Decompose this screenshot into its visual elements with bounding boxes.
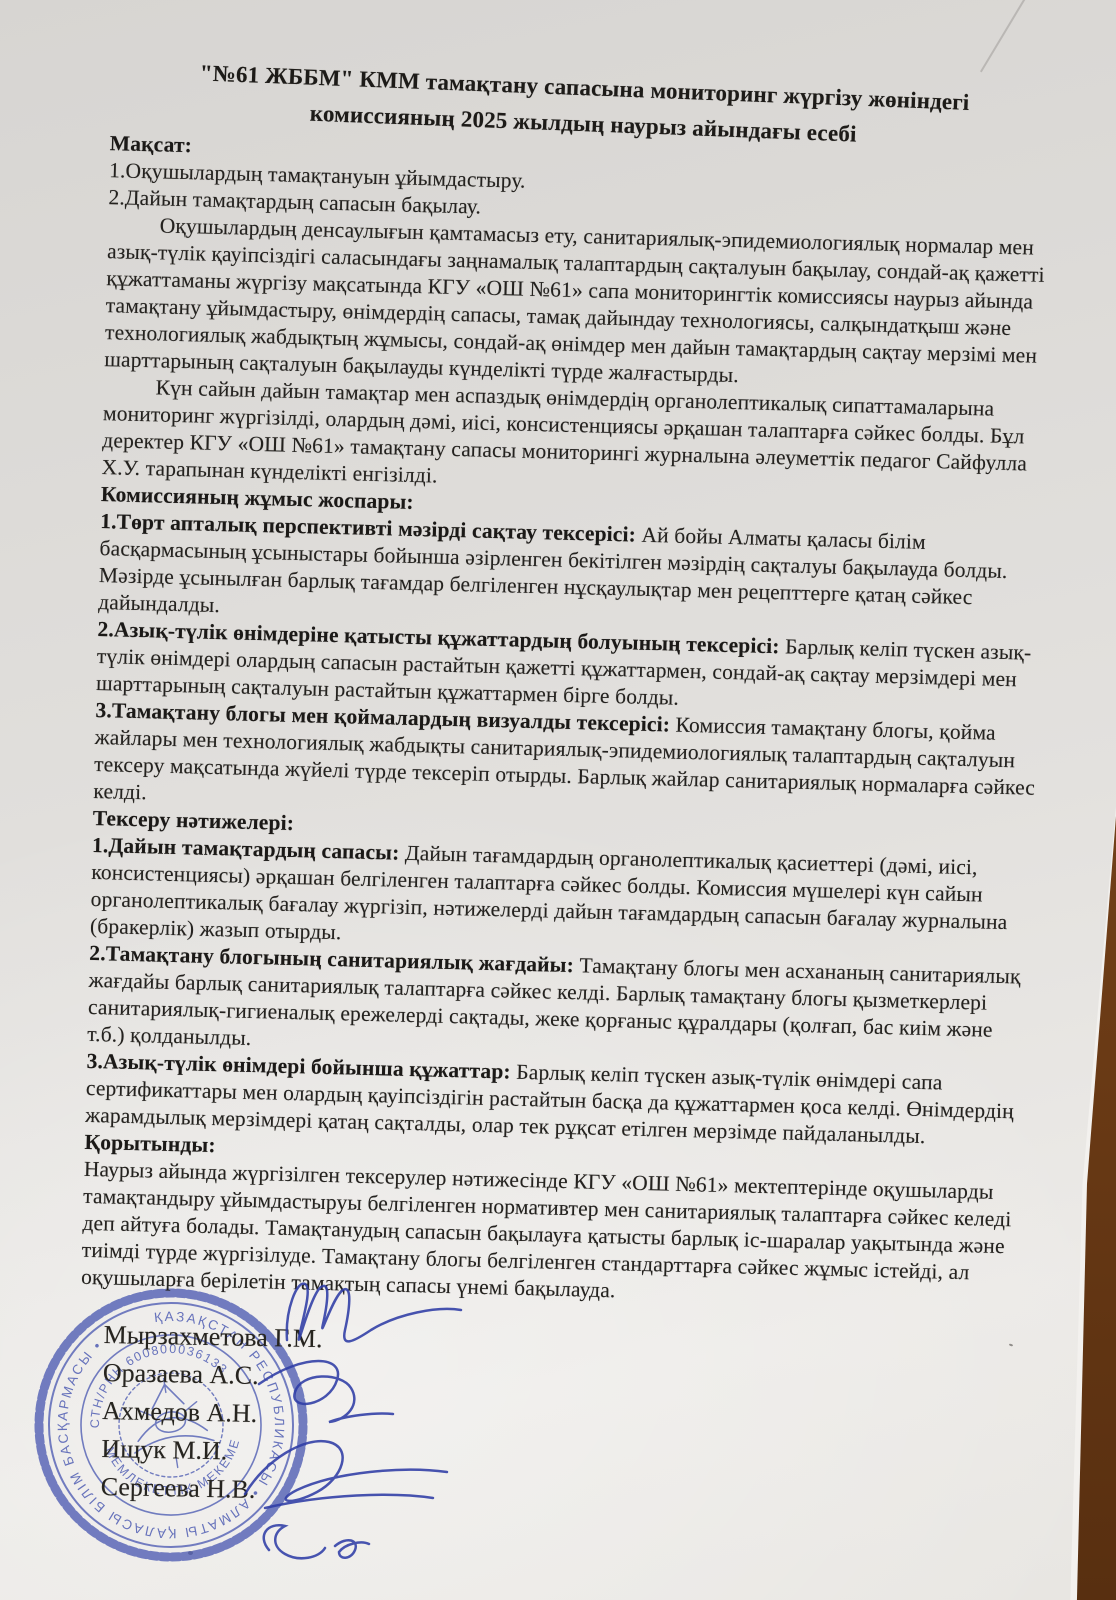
conclusion-paragraph: Наурыз айында жүргізілген тексерулер нәт… [81,1156,1029,1315]
signature-stroke [245,1441,447,1501]
signature-ink-graphic [225,1262,495,1592]
handwritten-signatures [225,1262,495,1592]
scanned-report-photo: ҚАЗАҚСТАН РЕСПУБЛИКАСЫ • АЛМАТЫ ҚАЛАСЫ Б… [0,0,1116,1600]
signature-stroke [264,1525,369,1558]
result-item-label: 1.Дайын тамақтардың сапасы: [92,833,400,865]
signature-stroke [259,1361,393,1422]
report-body: "№61 ЖББМ" КММ тамақтану сапасына монито… [81,58,1057,1315]
intro-paragraph: Оқушылардың денсаулығын қамтамасыз ету, … [104,211,1053,397]
signature-stroke [287,1284,461,1342]
